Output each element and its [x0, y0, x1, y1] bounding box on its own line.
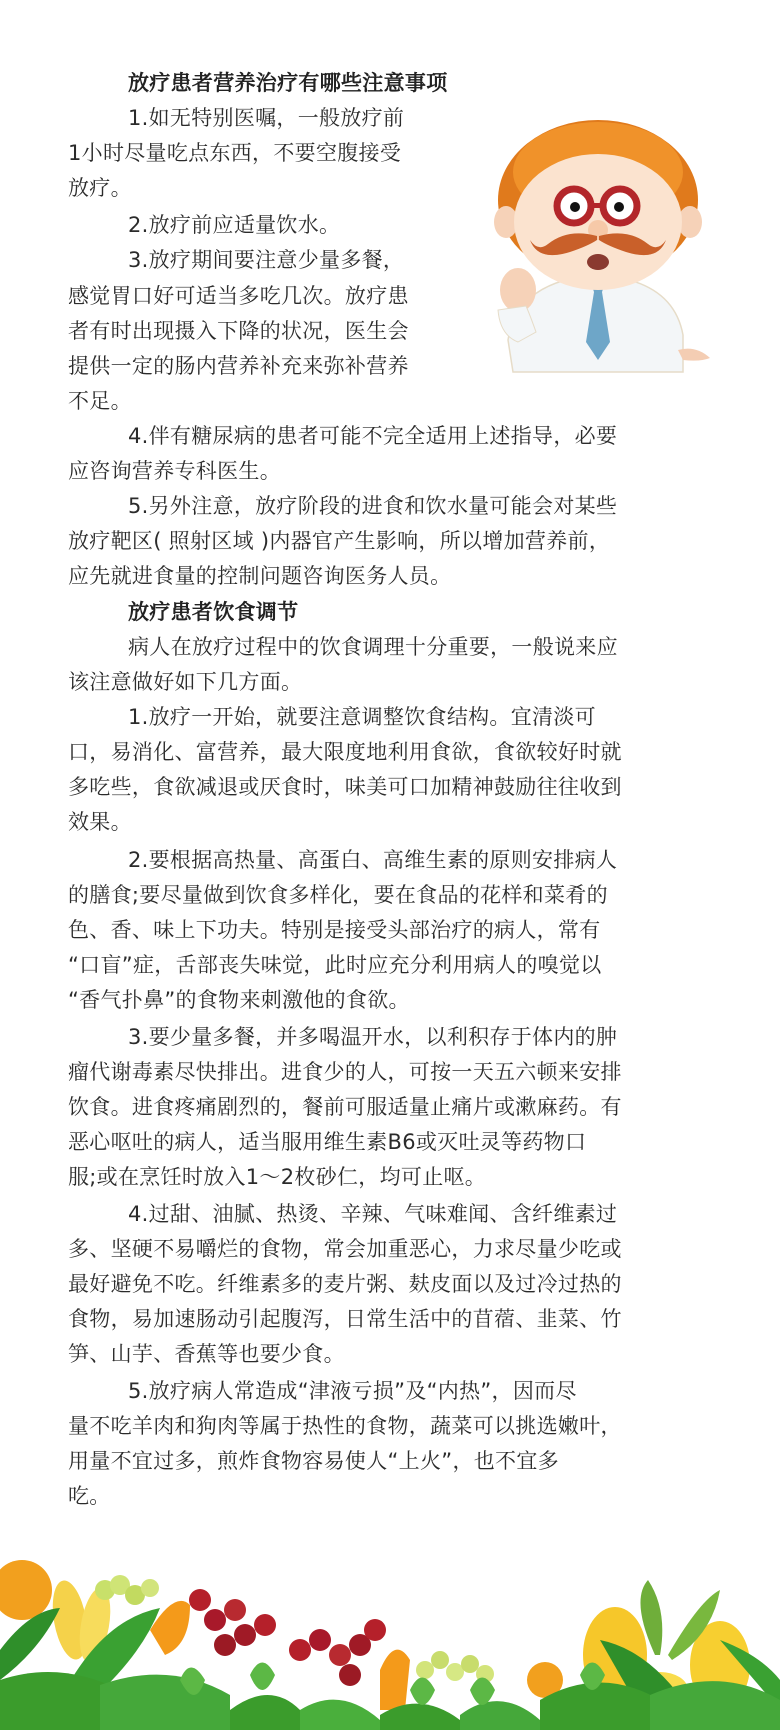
- paragraph-line: 多、坚硬不易嚼烂的食物，常会加重恶心，力求尽量少吃或: [68, 1234, 622, 1264]
- paragraph-line: 应咨询营养专科医生。: [68, 456, 281, 486]
- doctor-icon: [478, 110, 718, 380]
- paragraph-line: 5.另外注意，放疗阶段的进食和饮水量可能会对某些: [128, 491, 617, 521]
- paragraph-line: 者有时出现摄入下降的状况，医生会: [68, 316, 409, 346]
- paragraph-line: 放疗靶区( 照射区域 )内器官产生影响，所以增加营养前，: [68, 526, 610, 556]
- paragraph-line: 2.放疗前应适量饮水。: [128, 210, 340, 240]
- paragraph-line: 2.要根据高热量、高蛋白、高维生素的原则安排病人: [128, 845, 617, 875]
- paragraph-line: 瘤代谢毒素尽快排出。进食少的人，可按一天五六顿来安排: [68, 1057, 622, 1087]
- paragraph-line: 恶心呕吐的病人，适当服用维生素B6或灭吐灵等药物口: [68, 1127, 586, 1157]
- paragraph-line: “口盲”症，舌部丧失味觉，此时应充分利用病人的嗅觉以: [68, 950, 602, 980]
- paragraph-line: 感觉胃口好可适当多吃几次。放疗患: [68, 281, 409, 311]
- fruit-banner-image: [0, 1560, 780, 1730]
- paragraph-line: 笋、山芋、香蕉等也要少食。: [68, 1339, 345, 1369]
- fruit-leaves-icon: [0, 1560, 780, 1730]
- paragraph-line: 应先就进食量的控制问题咨询医务人员。: [68, 561, 451, 591]
- paragraph-line: 口，易消化、富营养，最大限度地利用食欲，食欲较好时就: [68, 737, 622, 767]
- paragraph-line: 最好避免不吃。纤维素多的麦片粥、麸皮面以及过冷过热的: [68, 1269, 622, 1299]
- paragraph-line: 4.过甜、油腻、热烫、辛辣、气味难闻、含纤维素过: [128, 1199, 617, 1229]
- paragraph-line: 饮食。进食疼痛剧烈的，餐前可服适量止痛片或漱麻药。有: [68, 1092, 622, 1122]
- paragraph-line: 服;或在烹饪时放入1～2枚砂仁，均可止呕。: [68, 1162, 486, 1192]
- paragraph-line: 的膳食;要尽量做到饮食多样化，要在食品的花样和菜肴的: [68, 880, 608, 910]
- paragraph-line: 提供一定的肠内营养补充来弥补营养: [68, 351, 409, 381]
- section-title-diet: 放疗患者饮食调节: [128, 597, 298, 627]
- paragraph-line: 不足。: [68, 386, 132, 416]
- paragraph-line: 食物，易加速肠动引起腹泻，日常生活中的苜蓿、韭菜、竹: [68, 1304, 622, 1334]
- paragraph-line: 5.放疗病人常造成“津液亏损”及“内热”，因而尽: [128, 1376, 577, 1406]
- paragraph-line: 多吃些，食欲减退或厌食时，味美可口加精神鼓励往往收到: [68, 772, 622, 802]
- paragraph-line: 1小时尽量吃点东西，不要空腹接受: [68, 138, 401, 168]
- paragraph-line: 1.如无特别医嘱，一般放疗前: [128, 103, 404, 133]
- paragraph-line: 1.放疗一开始，就要注意调整饮食结构。宜清淡可: [128, 702, 596, 732]
- paragraph-line: 用量不宜过多，煎炸食物容易使人“上火”，也不宜多: [68, 1446, 559, 1476]
- paragraph-line: 病人在放疗过程中的饮食调理十分重要，一般说来应: [128, 632, 618, 662]
- paragraph-line: 4.伴有糖尿病的患者可能不完全适用上述指导，必要: [128, 421, 617, 451]
- paragraph-line: 该注意做好如下几方面。: [68, 667, 302, 697]
- section-title-nutrition: 放疗患者营养治疗有哪些注意事项: [128, 68, 448, 98]
- paragraph-line: “香气扑鼻”的食物来刺激他的食欲。: [68, 985, 410, 1015]
- paragraph-line: 3.放疗期间要注意少量多餐，: [128, 245, 404, 275]
- paragraph-line: 3.要少量多餐，并多喝温开水，以利积存于体内的肿: [128, 1022, 617, 1052]
- paragraph-line: 吃。: [68, 1481, 111, 1511]
- doctor-mascot-image: [478, 110, 718, 380]
- paragraph-line: 放疗。: [68, 173, 132, 203]
- paragraph-line: 效果。: [68, 807, 132, 837]
- paragraph-line: 色、香、味上下功夫。特别是接受头部治疗的病人，常有: [68, 915, 601, 945]
- paragraph-line: 量不吃羊肉和狗肉等属于热性的食物，蔬菜可以挑选嫩叶，: [68, 1411, 622, 1441]
